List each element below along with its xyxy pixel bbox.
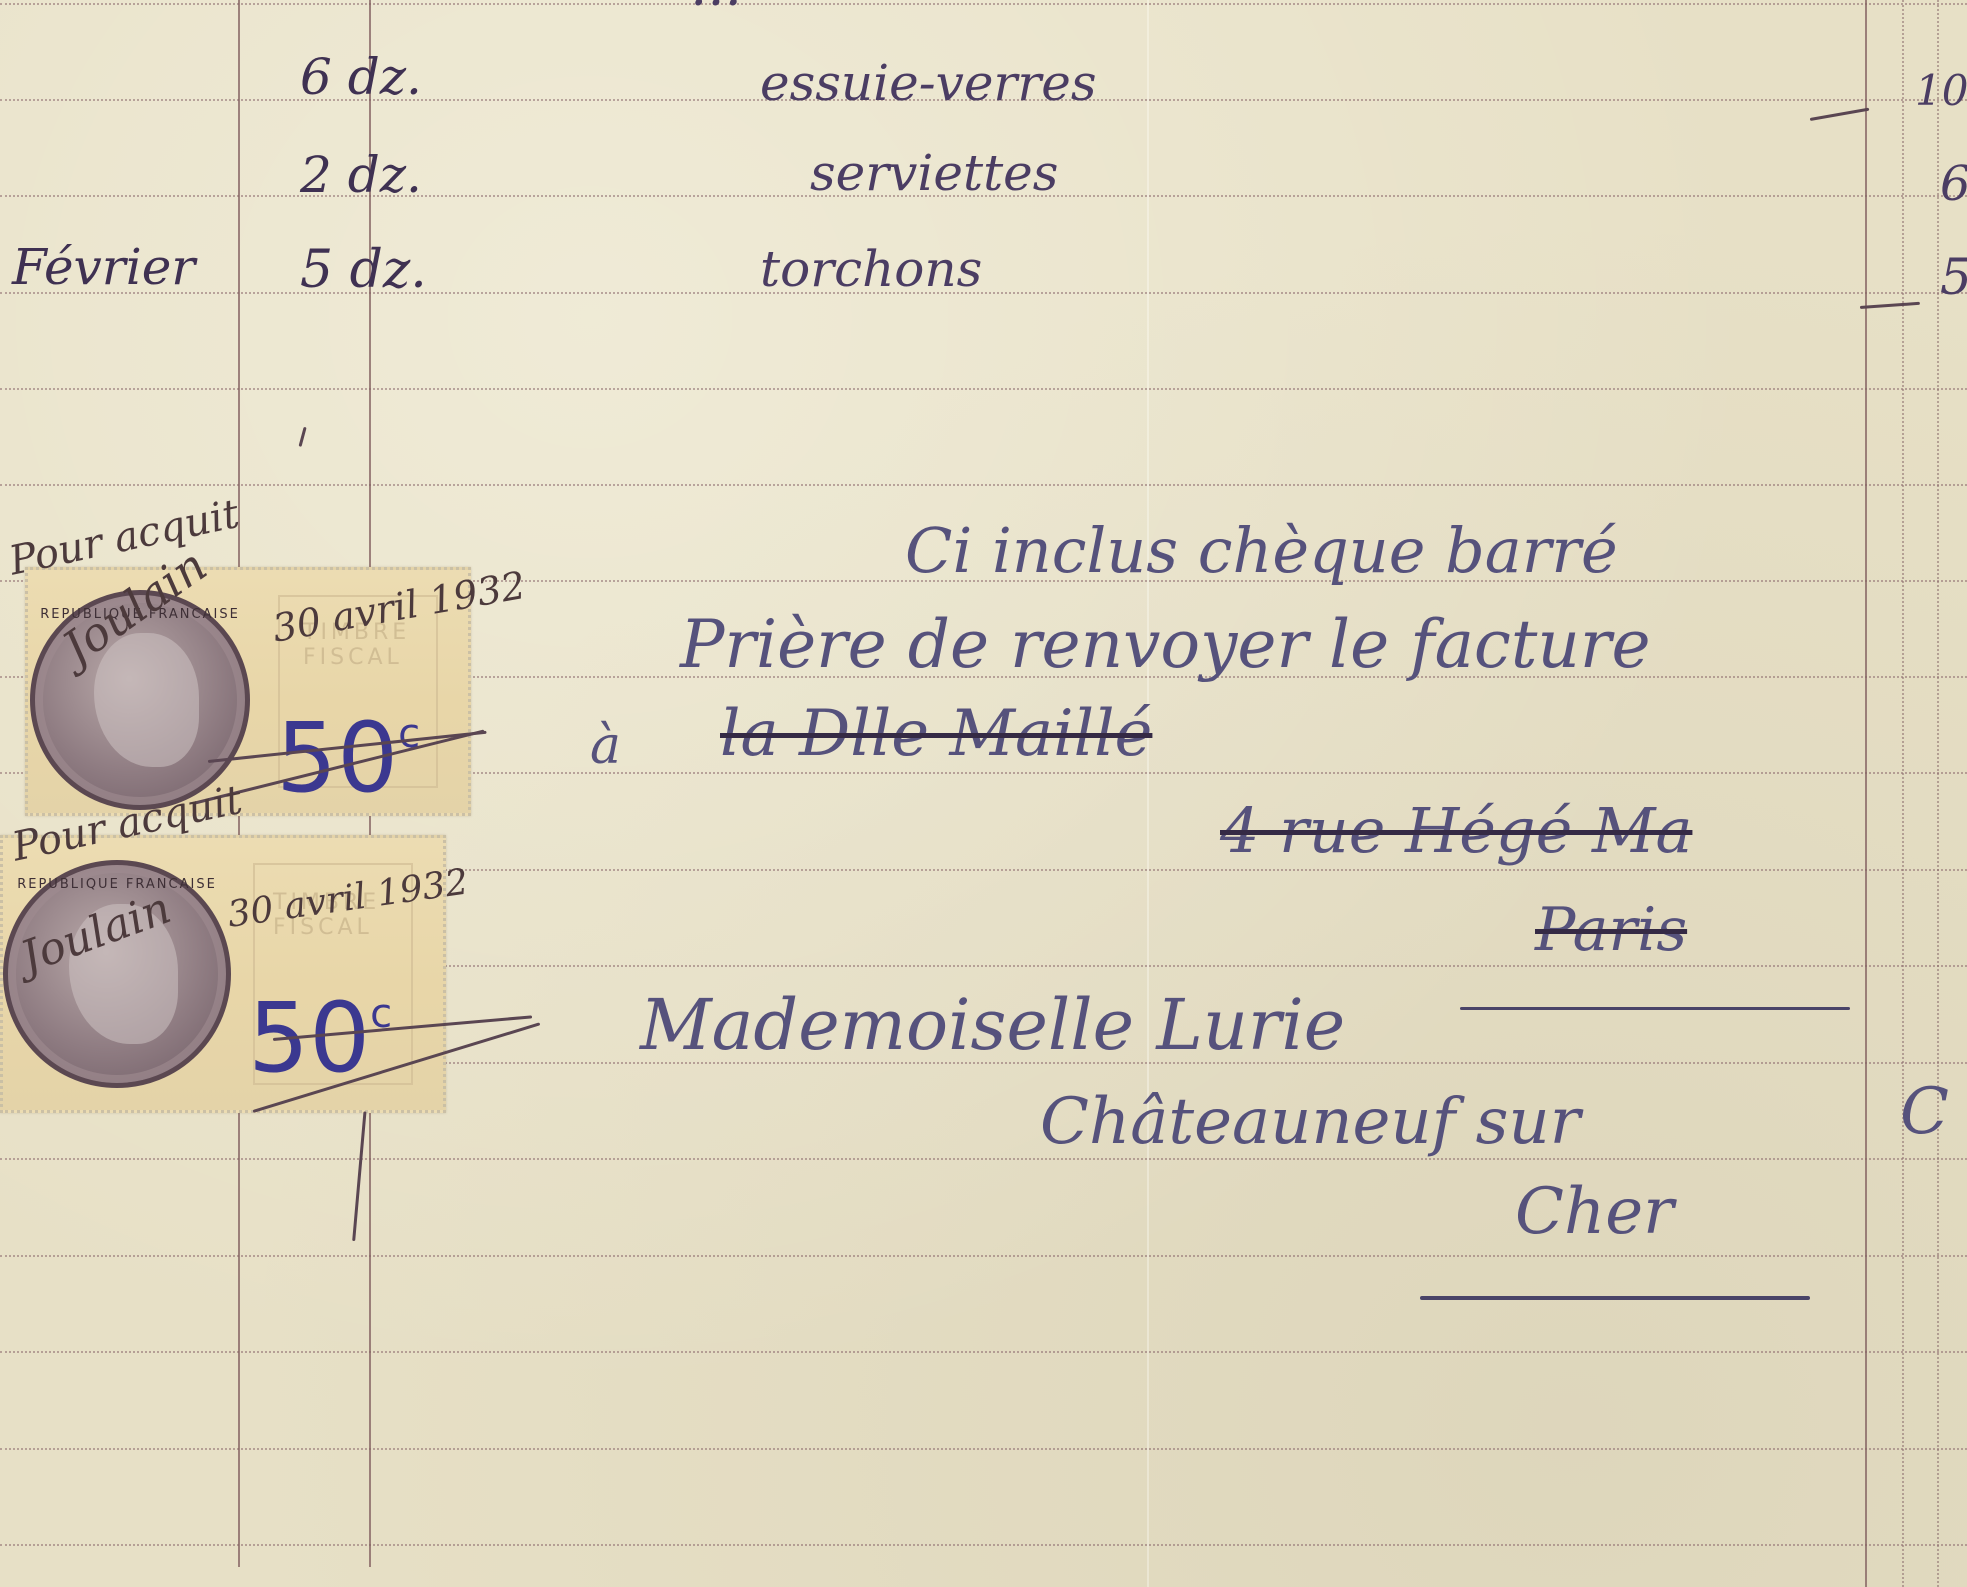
quantity-cell: 5 dz. [300,244,427,296]
struck-street: 4 rue Hégé Ma [1220,800,1692,862]
ruled-line [0,1351,1967,1353]
amount-cell: 5 [1940,252,1967,302]
column-rule-amount [1865,0,1867,1587]
item-cell: essuie-verres [760,58,1096,108]
item-cell: torchons [760,244,982,294]
recipient-town: Châteauneuf sur [1040,1090,1580,1154]
note-prefix: à [590,720,621,772]
stamp-value-number: 50 [248,982,370,1094]
ruled-line [0,484,1967,486]
column-rule-francs [1902,0,1904,1587]
ruled-line [0,1158,1967,1160]
ruled-line [0,292,1967,294]
stamp-value: 50c [276,710,420,806]
ink-flourish [299,427,307,447]
item-cell: serviettes [810,148,1058,198]
amount-cell: 6 [1940,160,1967,208]
column-rule-centimes [1937,0,1939,1587]
ruled-line [0,388,1967,390]
struck-name: la Dlle Maillé [720,702,1152,766]
fiscal-stamp: TIMBRE FISCAL REPUBLIQUE FRANCAISE 50c P… [25,567,471,816]
note-line-cheque: Ci inclus chèque barré [905,520,1618,582]
partial-right-margin-text: C [1900,1080,1949,1144]
ruled-line [0,1448,1967,1450]
fiscal-stamp: TIMBRE FISCAL REPUBLIQUE FRANCAISE 50c P… [0,835,446,1113]
paper-fold-crease [1147,0,1149,1587]
stamp-value: 50c [248,990,392,1086]
ink-flourish [352,1111,366,1241]
closing-underline [1420,1296,1810,1300]
ink-dash [1460,1007,1850,1010]
quantity-cell: 6 dz. [300,52,422,102]
ditto-flourish [1860,302,1920,309]
quantity-cell: 2 dz. [300,150,422,200]
ditto-flourish [1810,108,1870,121]
amount-cell: 10 [1915,70,1967,112]
recipient-name: Mademoiselle Lurie [640,990,1345,1060]
recipient-region: Cher [1515,1180,1674,1244]
ruled-line [0,3,1967,5]
ruled-line [0,1544,1967,1546]
medallion-country-text: REPUBLIQUE FRANCAISE [8,877,226,892]
ruled-line [0,1255,1967,1257]
partial-top-entry: … [690,0,742,14]
month-cell: Février [12,242,195,292]
note-line-request: Prière de renvoyer le facture [680,612,1651,678]
struck-city: Paris [1535,900,1687,960]
